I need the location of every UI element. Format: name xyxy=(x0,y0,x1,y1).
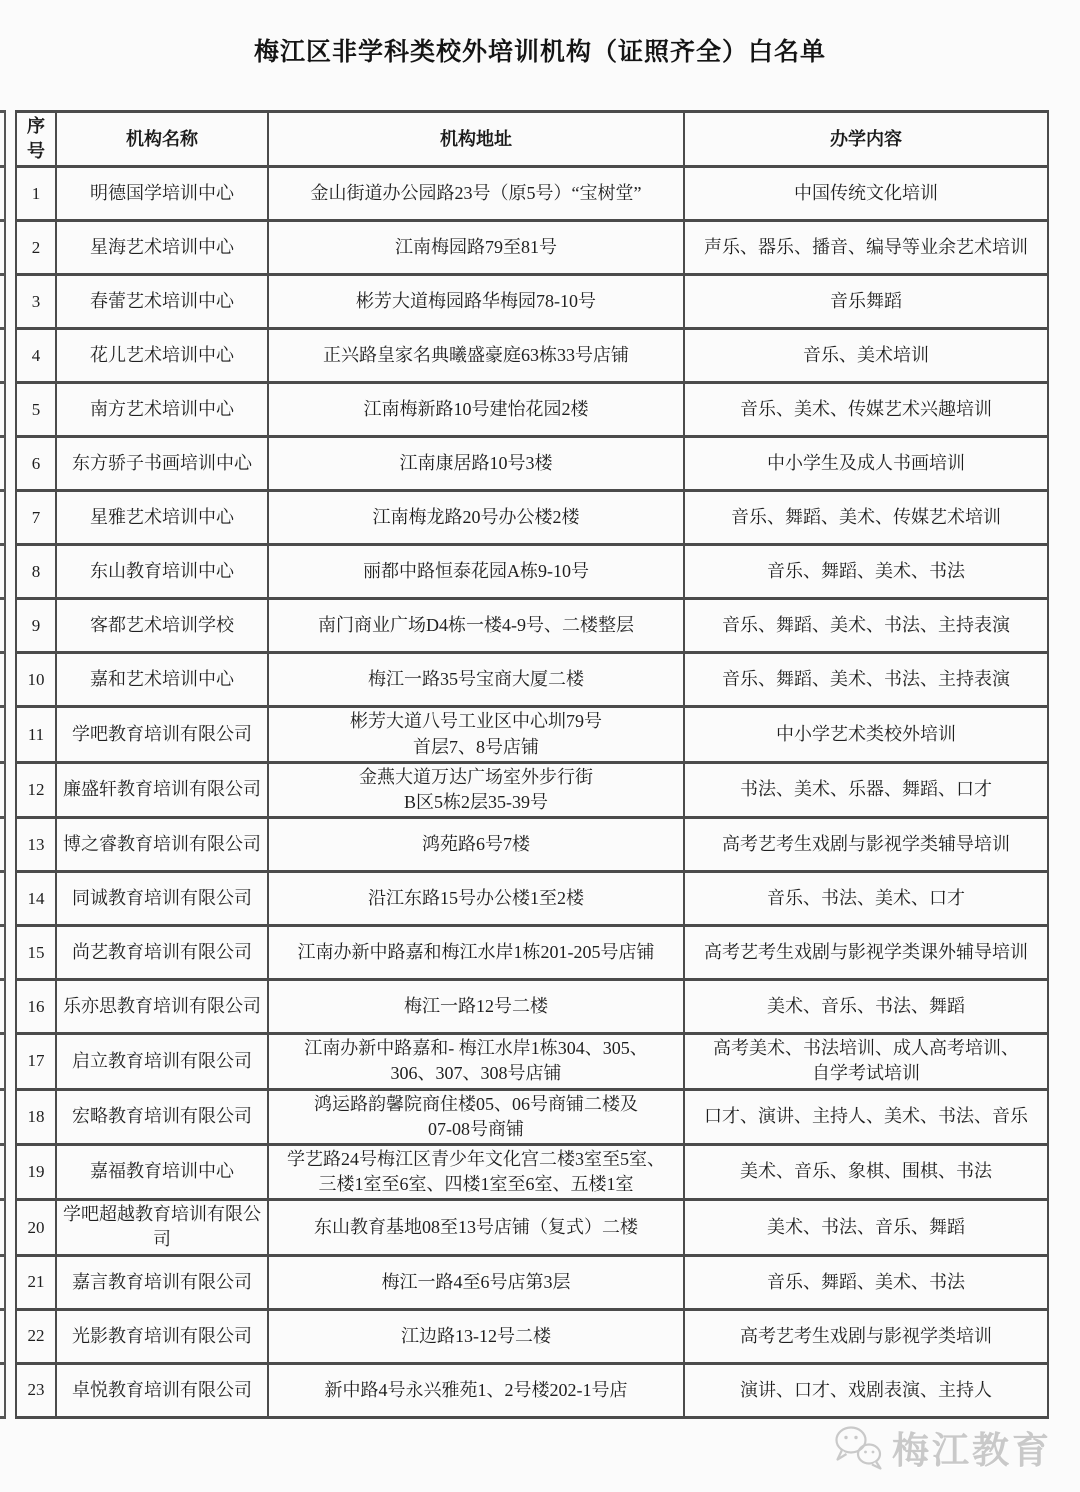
table-row: 7星雅艺术培训中心江南梅龙路20号办公楼2楼音乐、舞蹈、美术、传媒艺术培训 xyxy=(16,491,1048,545)
wechat-logo-icon xyxy=(832,1423,884,1471)
content-cell: 美术、音乐、象棋、围棋、书法 xyxy=(684,1144,1048,1199)
content-cell: 音乐、舞蹈、美术、书法、主持表演 xyxy=(684,653,1048,707)
col-header-content: 办学内容 xyxy=(684,112,1048,167)
serial-cell: 13 xyxy=(16,818,56,872)
table-row: 8东山教育培训中心丽都中路恒泰花园A栋9-10号音乐、舞蹈、美术、书法 xyxy=(16,545,1048,599)
name-cell: 明德国学培训中心 xyxy=(56,167,268,221)
address-cell: 鸿运路韵馨院商住楼05、06号商铺二楼及 07-08号商铺 xyxy=(268,1089,684,1144)
address-cell: 江南梅新路10号建怡花园2楼 xyxy=(268,383,684,437)
content-cell: 音乐、舞蹈、美术、书法、主持表演 xyxy=(684,599,1048,653)
table-row: 19嘉福教育培训中心学艺路24号梅江区青少年文化宫二楼3室至5室、 三楼1室至6… xyxy=(16,1144,1048,1199)
content-cell: 音乐、书法、美术、口才 xyxy=(684,872,1048,926)
content-cell: 高考艺考生戏剧与影视学类辅导培训 xyxy=(684,818,1048,872)
content-cell: 高考美术、书法培训、成人高考培训、 自学考试培训 xyxy=(684,1034,1048,1089)
content-cell: 高考艺考生戏剧与影视学类培训 xyxy=(684,1309,1048,1363)
table-row: 10嘉和艺术培训中心梅江一路35号宝商大厦二楼音乐、舞蹈、美术、书法、主持表演 xyxy=(16,653,1048,707)
address-cell: 金燕大道万达广场室外步行街 B区5栋2层35-39号 xyxy=(268,762,684,817)
address-cell: 梅江一路4至6号店第3层 xyxy=(268,1255,684,1309)
content-cell: 口才、演讲、主持人、美术、书法、音乐 xyxy=(684,1089,1048,1144)
address-cell: 东山教育基地08至13号店铺（复式）二楼 xyxy=(268,1200,684,1255)
name-cell: 尚艺教育培训有限公司 xyxy=(56,926,268,980)
serial-cell: 1 xyxy=(16,167,56,221)
col-header-serial: 序号 xyxy=(16,112,56,167)
name-cell: 嘉福教育培训中心 xyxy=(56,1144,268,1199)
table-row: 5南方艺术培训中心江南梅新路10号建怡花园2楼音乐、美术、传媒艺术兴趣培训 xyxy=(16,383,1048,437)
table-row: 2星海艺术培训中心江南梅园路79至81号声乐、器乐、播音、编导等业余艺术培训 xyxy=(16,221,1048,275)
serial-cell: 22 xyxy=(16,1309,56,1363)
content-cell: 音乐、舞蹈、美术、传媒艺术培训 xyxy=(684,491,1048,545)
serial-cell: 20 xyxy=(16,1200,56,1255)
serial-cell: 8 xyxy=(16,545,56,599)
table-row: 6东方骄子书画培训中心江南康居路10号3楼中小学生及成人书画培训 xyxy=(16,437,1048,491)
address-cell: 彬芳大道梅园路华梅园78-10号 xyxy=(268,275,684,329)
address-cell: 金山街道办公园路23号（原5号）“宝树堂” xyxy=(268,167,684,221)
name-cell: 春蕾艺术培训中心 xyxy=(56,275,268,329)
address-cell: 新中路4号永兴雅苑1、2号楼202-1号店 xyxy=(268,1363,684,1417)
name-cell: 卓悦教育培训有限公司 xyxy=(56,1363,268,1417)
address-cell: 江南梅龙路20号办公楼2楼 xyxy=(268,491,684,545)
content-cell: 音乐、舞蹈、美术、书法 xyxy=(684,545,1048,599)
name-cell: 同诚教育培训有限公司 xyxy=(56,872,268,926)
address-cell: 江南梅园路79至81号 xyxy=(268,221,684,275)
name-cell: 光影教育培训有限公司 xyxy=(56,1309,268,1363)
name-cell: 客都艺术培训学校 xyxy=(56,599,268,653)
content-cell: 高考艺考生戏剧与影视学类课外辅导培训 xyxy=(684,926,1048,980)
content-cell: 音乐、美术、传媒艺术兴趣培训 xyxy=(684,383,1048,437)
left-crop-gridline xyxy=(0,110,6,1419)
content-cell: 音乐舞蹈 xyxy=(684,275,1048,329)
serial-cell: 5 xyxy=(16,383,56,437)
serial-cell: 12 xyxy=(16,762,56,817)
table-row: 3春蕾艺术培训中心彬芳大道梅园路华梅园78-10号音乐舞蹈 xyxy=(16,275,1048,329)
content-cell: 中小学生及成人书画培训 xyxy=(684,437,1048,491)
name-cell: 学吧超越教育培训有限公司 xyxy=(56,1200,268,1255)
table-row: 1明德国学培训中心金山街道办公园路23号（原5号）“宝树堂”中国传统文化培训 xyxy=(16,167,1048,221)
content-cell: 美术、书法、音乐、舞蹈 xyxy=(684,1200,1048,1255)
address-cell: 鸿苑路6号7楼 xyxy=(268,818,684,872)
table-row: 11学吧教育培训有限公司彬芳大道八号工业区中心圳79号 首层7、8号店铺中小学艺… xyxy=(16,707,1048,762)
content-cell: 声乐、器乐、播音、编导等业余艺术培训 xyxy=(684,221,1048,275)
serial-cell: 16 xyxy=(16,980,56,1034)
watermark: 梅江教育 xyxy=(832,1420,1052,1474)
content-cell: 中国传统文化培训 xyxy=(684,167,1048,221)
name-cell: 嘉言教育培训有限公司 xyxy=(56,1255,268,1309)
address-cell: 学艺路24号梅江区青少年文化宫二楼3室至5室、 三楼1室至6室、四楼1室至6室、… xyxy=(268,1144,684,1199)
serial-cell: 14 xyxy=(16,872,56,926)
serial-cell: 15 xyxy=(16,926,56,980)
table-body: 1明德国学培训中心金山街道办公园路23号（原5号）“宝树堂”中国传统文化培训2星… xyxy=(16,167,1048,1417)
name-cell: 星海艺术培训中心 xyxy=(56,221,268,275)
name-cell: 东山教育培训中心 xyxy=(56,545,268,599)
name-cell: 学吧教育培训有限公司 xyxy=(56,707,268,762)
table-row: 12廉盛轩教育培训有限公司金燕大道万达广场室外步行街 B区5栋2层35-39号书… xyxy=(16,762,1048,817)
name-cell: 廉盛轩教育培训有限公司 xyxy=(56,762,268,817)
address-cell: 江边路13-12号二楼 xyxy=(268,1309,684,1363)
table-row: 4花儿艺术培训中心正兴路皇家名典曦盛豪庭63栋33号店铺音乐、美术培训 xyxy=(16,329,1048,383)
address-cell: 梅江一路35号宝商大厦二楼 xyxy=(268,653,684,707)
institutions-table: 序号 机构名称 机构地址 办学内容 1明德国学培训中心金山街道办公园路23号（原… xyxy=(15,110,1049,1419)
content-cell: 美术、音乐、书法、舞蹈 xyxy=(684,980,1048,1034)
serial-cell: 6 xyxy=(16,437,56,491)
address-cell: 丽都中路恒泰花园A栋9-10号 xyxy=(268,545,684,599)
table-row: 14同诚教育培训有限公司沿江东路15号办公楼1至2楼音乐、书法、美术、口才 xyxy=(16,872,1048,926)
serial-cell: 19 xyxy=(16,1144,56,1199)
address-cell: 江南康居路10号3楼 xyxy=(268,437,684,491)
name-cell: 东方骄子书画培训中心 xyxy=(56,437,268,491)
header-row: 序号 机构名称 机构地址 办学内容 xyxy=(16,112,1048,167)
name-cell: 星雅艺术培训中心 xyxy=(56,491,268,545)
watermark-label: 梅江教育 xyxy=(892,1420,1052,1474)
serial-cell: 10 xyxy=(16,653,56,707)
content-cell: 中小学艺术类校外培训 xyxy=(684,707,1048,762)
table-row: 20学吧超越教育培训有限公司东山教育基地08至13号店铺（复式）二楼美术、书法、… xyxy=(16,1200,1048,1255)
serial-cell: 17 xyxy=(16,1034,56,1089)
table-row: 15尚艺教育培训有限公司江南办新中路嘉和梅江水岸1栋201-205号店铺高考艺考… xyxy=(16,926,1048,980)
col-header-address: 机构地址 xyxy=(268,112,684,167)
name-cell: 南方艺术培训中心 xyxy=(56,383,268,437)
serial-cell: 23 xyxy=(16,1363,56,1417)
table-row: 18宏略教育培训有限公司鸿运路韵馨院商住楼05、06号商铺二楼及 07-08号商… xyxy=(16,1089,1048,1144)
address-cell: 沿江东路15号办公楼1至2楼 xyxy=(268,872,684,926)
serial-cell: 18 xyxy=(16,1089,56,1144)
name-cell: 乐亦思教育培训有限公司 xyxy=(56,980,268,1034)
table-row: 22光影教育培训有限公司江边路13-12号二楼高考艺考生戏剧与影视学类培训 xyxy=(16,1309,1048,1363)
table-row: 21嘉言教育培训有限公司梅江一路4至6号店第3层音乐、舞蹈、美术、书法 xyxy=(16,1255,1048,1309)
content-cell: 书法、美术、乐器、舞蹈、口才 xyxy=(684,762,1048,817)
table-row: 23卓悦教育培训有限公司新中路4号永兴雅苑1、2号楼202-1号店演讲、口才、戏… xyxy=(16,1363,1048,1417)
address-cell: 江南办新中路嘉和- 梅江水岸1栋304、305、 306、307、308号店铺 xyxy=(268,1034,684,1089)
serial-cell: 11 xyxy=(16,707,56,762)
name-cell: 嘉和艺术培训中心 xyxy=(56,653,268,707)
name-cell: 启立教育培训有限公司 xyxy=(56,1034,268,1089)
table-row: 16乐亦思教育培训有限公司梅江一路12号二楼美术、音乐、书法、舞蹈 xyxy=(16,980,1048,1034)
table-row: 13博之睿教育培训有限公司鸿苑路6号7楼高考艺考生戏剧与影视学类辅导培训 xyxy=(16,818,1048,872)
name-cell: 宏略教育培训有限公司 xyxy=(56,1089,268,1144)
serial-cell: 2 xyxy=(16,221,56,275)
serial-cell: 3 xyxy=(16,275,56,329)
address-cell: 彬芳大道八号工业区中心圳79号 首层7、8号店铺 xyxy=(268,707,684,762)
address-cell: 江南办新中路嘉和梅江水岸1栋201-205号店铺 xyxy=(268,926,684,980)
col-header-name: 机构名称 xyxy=(56,112,268,167)
address-cell: 南门商业广场D4栋一楼4-9号、二楼整层 xyxy=(268,599,684,653)
address-cell: 梅江一路12号二楼 xyxy=(268,980,684,1034)
page-title: 梅江区非学科类校外培训机构（证照齐全）白名单 xyxy=(0,32,1080,68)
serial-cell: 9 xyxy=(16,599,56,653)
table-row: 9客都艺术培训学校南门商业广场D4栋一楼4-9号、二楼整层音乐、舞蹈、美术、书法… xyxy=(16,599,1048,653)
serial-cell: 21 xyxy=(16,1255,56,1309)
content-cell: 音乐、舞蹈、美术、书法 xyxy=(684,1255,1048,1309)
address-cell: 正兴路皇家名典曦盛豪庭63栋33号店铺 xyxy=(268,329,684,383)
serial-cell: 4 xyxy=(16,329,56,383)
content-cell: 演讲、口才、戏剧表演、主持人 xyxy=(684,1363,1048,1417)
content-cell: 音乐、美术培训 xyxy=(684,329,1048,383)
serial-cell: 7 xyxy=(16,491,56,545)
name-cell: 花儿艺术培训中心 xyxy=(56,329,268,383)
name-cell: 博之睿教育培训有限公司 xyxy=(56,818,268,872)
table-row: 17启立教育培训有限公司江南办新中路嘉和- 梅江水岸1栋304、305、 306… xyxy=(16,1034,1048,1089)
